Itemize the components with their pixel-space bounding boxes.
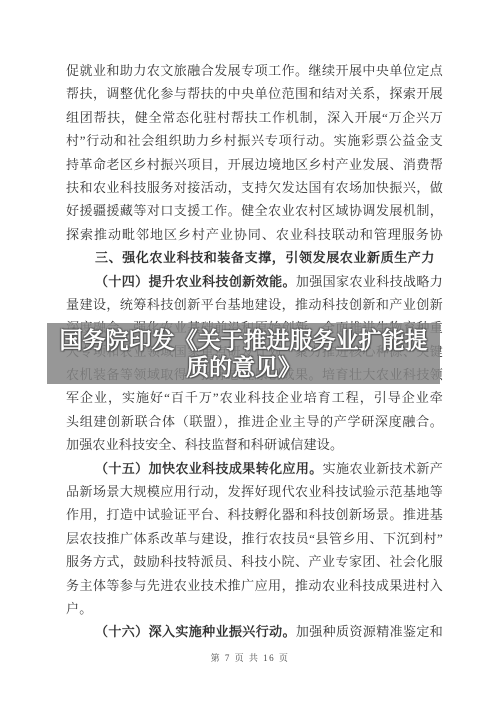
line-text: 持革命老区乡村振兴项目，开展边境地区乡村产业发展、消费帮	[66, 157, 443, 172]
news-title-banner: 国务院印发《关于推进服务业扩能提 质的意见》	[47, 323, 440, 384]
paragraph-lead-bold: （十四）提升农业科技创新效能。	[95, 274, 296, 289]
document-line: 军企业，实施好“百千万”农业科技企业培育工程，引导企业牵	[66, 386, 443, 409]
section-heading: 三、强化农业科技和装备支撑，引领发展农业新质生产力	[66, 246, 443, 269]
document-line: 头组建创新联合体（联盟），推进企业主导的产学研深度融合。	[66, 410, 443, 433]
document-line: 务主体等参与先进农业技术推广应用，推动农业科技成果进村入	[66, 574, 443, 597]
line-text: 头组建创新联合体（联盟），推进企业主导的产学研深度融合。	[66, 414, 443, 429]
line-text: 加强农业科技安全、科技监督和科研诚信建设。	[66, 437, 343, 452]
line-text: 促就业和助力农文旅融合发展专项工作。继续开展中央单位定点	[66, 63, 443, 78]
line-text: 帮扶，调整优化参与帮扶的中央单位范围和结对关系，探索开展	[66, 86, 443, 101]
line-text: 组团帮扶，健全常态化驻村帮扶工作机制，深入开展“万企兴万	[66, 110, 443, 125]
document-line: 扶和农业科技服务对接活动，支持欠发达国有农场加快振兴，做	[66, 176, 443, 199]
document-line: 帮扶，调整优化参与帮扶的中央单位范围和结对关系，探索开展	[66, 82, 443, 105]
line-text: 户。	[66, 601, 92, 616]
document-line: 加强农业科技安全、科技监督和科研诚信建设。	[66, 433, 443, 456]
line-text: 作用，打造中试验证平台、科技孵化器和科技创新场景。推进基	[66, 507, 443, 522]
banner-title-line-2: 质的意见》	[186, 354, 301, 381]
page-number-footer: 第 7 页 共 16 页	[0, 651, 500, 664]
document-line: 服务方式，鼓励科技特派员、科技小院、产业专家团、社会化服	[66, 550, 443, 573]
document-line: 量建设，统筹科技创新平台基地建设，推动科技创新和产业创新	[66, 293, 443, 316]
document-line: 探索推动毗邻地区乡村产业协同、农业科技联动和管理服务协作。	[66, 223, 443, 246]
line-text: 务主体等参与先进农业技术推广应用，推动农业科技成果进村入	[66, 578, 443, 593]
document-line: 促就业和助力农文旅融合发展专项工作。继续开展中央单位定点	[66, 59, 443, 82]
line-text: 量建设，统筹科技创新平台基地建设，推动科技创新和产业创新	[66, 297, 443, 312]
document-line: 层农技推广体系改革与建设，推行农技员“县管乡用、下沉到村”	[66, 527, 443, 550]
document-line: （十四）提升农业科技创新效能。加强国家农业科技战略力	[66, 270, 443, 293]
document-line: 村”行动和社会组织助力乡村振兴专项行动。实施彩票公益金支	[66, 129, 443, 152]
line-text: 三、强化农业科技和装备支撑，引领发展农业新质生产力	[95, 250, 435, 265]
line-text: 村”行动和社会组织助力乡村振兴专项行动。实施彩票公益金支	[66, 133, 443, 148]
line-text: 加强种质资源精准鉴定和	[296, 624, 443, 639]
line-text: 探索推动毗邻地区乡村产业协同、农业科技联动和管理服务协作。	[66, 227, 443, 246]
line-text: 加强国家农业科技战略力	[296, 274, 443, 289]
line-text: 服务方式，鼓励科技特派员、科技小院、产业专家团、社会化服	[66, 554, 443, 569]
line-text: 层农技推广体系改革与建设，推行农技员“县管乡用、下沉到村”	[66, 531, 443, 546]
banner-title-line-1: 国务院印发《关于推进服务业扩能提	[60, 327, 428, 354]
line-text: 军企业，实施好“百千万”农业科技企业培育工程，引导企业牵	[66, 390, 443, 405]
document-line: 品新场景大规模应用行动，发挥好现代农业科技试验示范基地等	[66, 480, 443, 503]
document-line: （十六）深入实施种业振兴行动。加强种质资源精准鉴定和	[66, 620, 443, 643]
document-line: 作用，打造中试验证平台、科技孵化器和科技创新场景。推进基	[66, 503, 443, 526]
line-text: 好援疆援藏等对口支援工作。健全农业农村区域协调发展机制，	[66, 203, 443, 218]
document-line: 户。	[66, 597, 443, 620]
paragraph-lead-bold: （十五）加快农业科技成果转化应用。	[95, 461, 323, 476]
document-page: 促就业和助力农文旅融合发展专项工作。继续开展中央单位定点帮扶，调整优化参与帮扶的…	[0, 0, 500, 707]
document-line: 持革命老区乡村振兴项目，开展边境地区乡村产业发展、消费帮	[66, 153, 443, 176]
line-text: 实施农业新技术新产	[323, 461, 443, 476]
line-text: 扶和农业科技服务对接活动，支持欠发达国有农场加快振兴，做	[66, 180, 443, 195]
document-line: 好援疆援藏等对口支援工作。健全农业农村区域协调发展机制，	[66, 199, 443, 222]
document-line: （十五）加快农业科技成果转化应用。实施农业新技术新产	[66, 457, 443, 480]
document-line: 组团帮扶，健全常态化驻村帮扶工作机制，深入开展“万企兴万	[66, 106, 443, 129]
paragraph-lead-bold: （十六）深入实施种业振兴行动。	[95, 624, 296, 639]
line-text: 品新场景大规模应用行动，发挥好现代农业科技试验示范基地等	[66, 484, 443, 499]
